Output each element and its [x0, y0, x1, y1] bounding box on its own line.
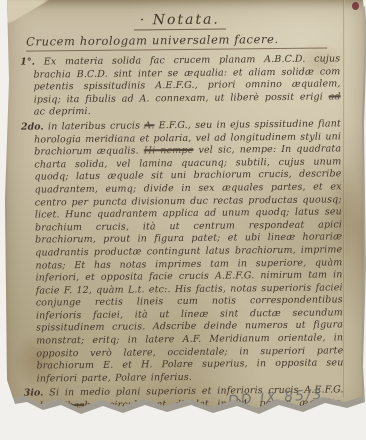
manuscript-text: · Notata. Crucem horologam universalem f…: [20, 10, 344, 440]
text-segment: ac deprimi.: [34, 106, 91, 118]
page-title: · Notata.: [134, 12, 226, 31]
struck-text: A.: [144, 120, 154, 131]
paragraph-marker: 1°.: [20, 56, 44, 67]
text-segment: in lateribus crucis: [48, 120, 144, 132]
ink-blot: [352, 2, 359, 10]
manuscript-paragraph: 2do. in lateribus crucis A. E.F.G., seu …: [21, 118, 344, 386]
paragraph-marker: 2do.: [21, 121, 48, 132]
struck-text: ad: [329, 91, 341, 102]
manuscript-page: · Notata. Crucem horologam universalem f…: [5, 0, 366, 412]
page-subtitle: Crucem horologam universalem facere.: [26, 31, 327, 51]
text-segment: vel sic, nempe: In quadrata charta solid…: [34, 143, 343, 384]
scan-background: · Notata. Crucem horologam universalem f…: [0, 0, 366, 440]
manuscript-paragraph: 1°. Ex materia solida fac crucem planam …: [20, 53, 341, 119]
text-segment: Ex materia solida fac crucem planam A.B.…: [33, 53, 340, 105]
paragraph-list: 1°. Ex materia solida fac crucem planam …: [20, 53, 344, 438]
struck-text: Hi nempe: [144, 145, 194, 157]
